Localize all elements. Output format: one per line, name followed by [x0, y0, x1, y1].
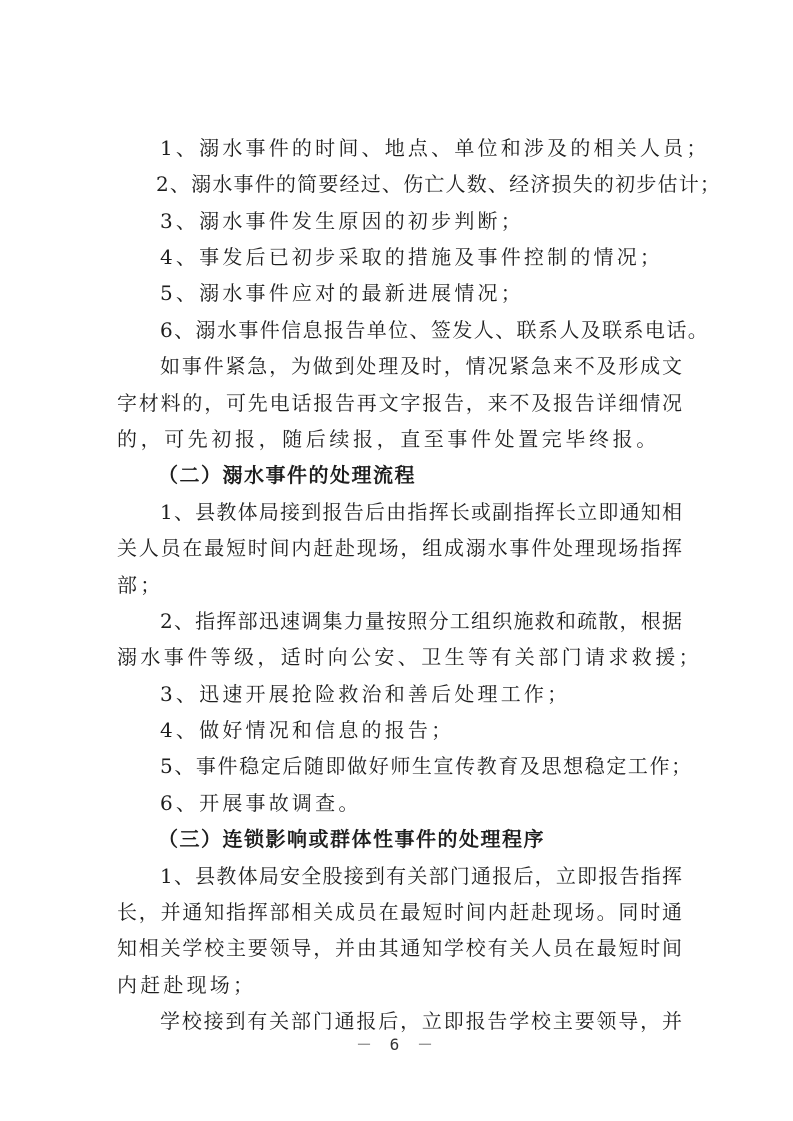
- paragraph-urgent-line-1: 如事件紧急，为做到处理及时，情况紧急来不及形成文: [160, 348, 682, 384]
- list-item-process-3: 3、迅速开展抢险救治和善后处理工作；: [160, 676, 682, 712]
- list-item-report-content-6: 6、溺水事件信息报告单位、签发人、联系人及联系电话。: [160, 312, 682, 348]
- list-item-chain-1-line-3: 知相关学校主要领导，并由其通知学校有关人员在最短时间: [117, 930, 682, 966]
- list-item-chain-1-line-1: 1、县教体局安全股接到有关部门通报后，立即报告指挥: [160, 858, 682, 894]
- list-item-report-content-5: 5、溺水事件应对的最新进展情况；: [160, 275, 682, 311]
- list-item-chain-1-line-2: 长，并通知指挥部相关成员在最短时间内赶赴现场。同时通: [117, 894, 682, 930]
- list-item-report-content-4: 4、事发后已初步采取的措施及事件控制的情况；: [160, 239, 682, 275]
- list-item-report-content-1: 1、溺水事件的时间、地点、单位和涉及的相关人员；: [160, 130, 682, 166]
- list-item-report-content-2: 2、溺水事件的简要经过、伤亡人数、经济损失的初步估计；: [156, 166, 678, 202]
- section-heading-chain-events: （三）连锁影响或群体性事件的处理程序: [158, 821, 723, 857]
- list-item-process-6: 6、开展事故调查。: [160, 785, 682, 821]
- list-item-process-4: 4、做好情况和信息的报告；: [160, 712, 682, 748]
- list-item-process-1-line-3: 部；: [117, 567, 682, 603]
- list-item-report-content-3: 3、溺水事件发生原因的初步判断；: [160, 203, 682, 239]
- section-heading-drowning-process: （二）溺水事件的处理流程: [158, 457, 723, 493]
- document-page: 1、溺水事件的时间、地点、单位和涉及的相关人员； 2、溺水事件的简要经过、伤亡人…: [0, 0, 793, 1121]
- page-number: － 6 －: [0, 1032, 793, 1055]
- paragraph-urgent-line-2: 字材料的，可先电话报告再文字报告，来不及报告详细情况: [117, 385, 682, 421]
- paragraph-urgent-line-3: 的，可先初报，随后续报，直至事件处置完毕终报。: [117, 421, 682, 457]
- list-item-process-2-line-2: 溺水事件等级，适时向公安、卫生等有关部门请求救援；: [117, 639, 682, 675]
- list-item-process-1-line-2: 关人员在最短时间内赶赴现场，组成溺水事件处理现场指挥: [117, 530, 682, 566]
- list-item-chain-1-line-4: 内赶赴现场；: [117, 967, 682, 1003]
- list-item-process-5: 5、事件稳定后随即做好师生宣传教育及思想稳定工作；: [160, 748, 682, 784]
- list-item-process-2-line-1: 2、指挥部迅速调集力量按照分工组织施救和疏散，根据: [160, 603, 682, 639]
- list-item-process-1-line-1: 1、县教体局接到报告后由指挥长或副指挥长立即通知相: [160, 494, 682, 530]
